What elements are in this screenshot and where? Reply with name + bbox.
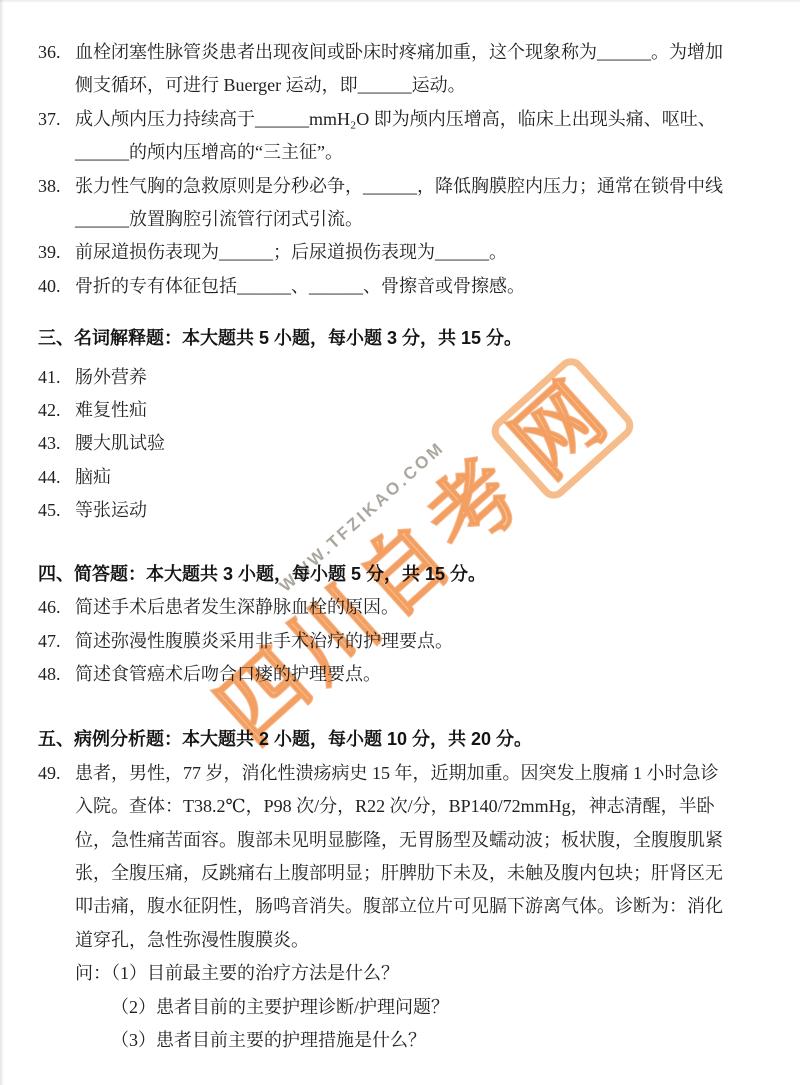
question-39: 39.前尿道损伤表现为______；后尿道损伤表现为______。 (38, 236, 770, 269)
question-text: 张力性气胸的急救原则是分秒必争，______，降低胸膜腔内压力；通常在锁骨中线 (75, 170, 723, 203)
case-text-line: 位，急性痛苦面容。腹部未见明显膨隆，无胃肠型及蠕动波；板状腹，全腹腹肌紧 (75, 824, 723, 857)
question-42: 42.难复性疝 (38, 394, 770, 427)
case-text-line: 患者，男性，77 岁，消化性溃疡病史 15 年，近期加重。因突发上腹痛 1 小时… (75, 757, 719, 790)
sub-question-2: （2）患者目前的主要护理诊断/护理问题？ (111, 991, 770, 1024)
question-47: 47.简述弥漫性腹膜炎采用非手术治疗的护理要点。 (38, 625, 770, 658)
question-text: ______放置胸腔引流管行闭式引流。 (75, 203, 363, 236)
question-number: 46. (38, 591, 75, 624)
question-text: 等张运动 (75, 494, 147, 527)
question-number: 44. (38, 461, 75, 494)
case-text-line: 张，全腹压痛，反跳痛右上腹部明显；肝脾肋下未及，未触及腹内包块；肝肾区无 (75, 857, 723, 890)
question-text: 难复性疝 (75, 394, 147, 427)
question-number: 37. (38, 103, 75, 136)
question-number: 45. (38, 494, 75, 527)
question-number: 48. (38, 658, 75, 691)
question-41: 41.肠外营养 (38, 361, 770, 394)
question-text: 血栓闭塞性脉管炎患者出现夜间或卧床时疼痛加重，这个现象称为______。为增加 (75, 36, 723, 69)
question-49: 49.患者，男性，77 岁，消化性溃疡病史 15 年，近期加重。因突发上腹痛 1… (38, 757, 770, 957)
scan-edge-top (0, 0, 800, 3)
question-48: 48.简述食管癌术后吻合口瘘的护理要点。 (38, 658, 770, 691)
question-45: 45.等张运动 (38, 494, 770, 527)
question-38: 38.张力性气胸的急救原则是分秒必争，______，降低胸膜腔内压力；通常在锁骨… (38, 170, 770, 237)
question-text: 简述弥漫性腹膜炎采用非手术治疗的护理要点。 (75, 625, 453, 658)
section-4-title: 四、简答题：本大题共 3 小题，每小题 5 分，共 15 分。 (38, 558, 770, 591)
question-40: 40.骨折的专有体征包括______、______、骨擦音或骨擦感。 (38, 270, 770, 303)
question-number: 39. (38, 236, 75, 269)
question-text: 腰大肌试验 (75, 427, 165, 460)
exam-paper-page: WWW.TFZIKAO.COM 四川自考网 36.血栓闭塞性脉管炎患者出现夜间或… (0, 0, 800, 1085)
question-text: 肠外营养 (75, 361, 147, 394)
scan-edge-left (0, 0, 4, 1085)
question-46: 46.简述手术后患者发生深静脉血栓的原因。 (38, 591, 770, 624)
question-number: 41. (38, 361, 75, 394)
sub-question-3: （3）患者目前主要的护理措施是什么？ (111, 1024, 770, 1057)
question-37: 37.成人颅内压力持续高于______mmH₂O 即为颅内压增高，临床上出现头痛… (38, 103, 770, 170)
question-text: 前尿道损伤表现为______；后尿道损伤表现为______。 (75, 236, 507, 269)
question-number: 47. (38, 625, 75, 658)
question-number: 38. (38, 170, 75, 203)
question-text: 脑疝 (75, 461, 111, 494)
question-text: 骨折的专有体征包括______、______、骨擦音或骨擦感。 (75, 270, 525, 303)
question-number: 42. (38, 394, 75, 427)
question-number: 40. (38, 270, 75, 303)
exam-content: 36.血栓闭塞性脉管炎患者出现夜间或卧床时疼痛加重，这个现象称为______。为… (0, 0, 800, 1085)
question-text: 简述手术后患者发生深静脉血栓的原因。 (75, 591, 399, 624)
question-36: 36.血栓闭塞性脉管炎患者出现夜间或卧床时疼痛加重，这个现象称为______。为… (38, 36, 770, 103)
question-text: 简述食管癌术后吻合口瘘的护理要点。 (75, 658, 381, 691)
question-43: 43.腰大肌试验 (38, 427, 770, 460)
sub-question-1: 问：（1）目前最主要的治疗方法是什么？ (75, 957, 770, 990)
question-text: 侧支循环，可进行 Buerger 运动，即______运动。 (75, 69, 466, 102)
case-text-line: 叩击痛，腹水征阴性，肠鸣音消失。腹部立位片可见膈下游离气体。诊断为：消化 (75, 890, 723, 923)
case-text-line: 道穿孔，急性弥漫性腹膜炎。 (75, 924, 309, 957)
section-3-title: 三、名词解释题：本大题共 5 小题，每小题 3 分，共 15 分。 (38, 322, 770, 355)
question-text: 成人颅内压力持续高于______mmH₂O 即为颅内压增高，临床上出现头痛、呕吐… (75, 103, 716, 136)
case-text-line: 入院。查体：T38.2℃，P98 次/分，R22 次/分，BP140/72mmH… (75, 790, 715, 823)
question-44: 44.脑疝 (38, 461, 770, 494)
question-number: 36. (38, 36, 75, 69)
question-text: ______的颅内压增高的“三主征”。 (75, 136, 343, 169)
question-number: 43. (38, 427, 75, 460)
section-5-title: 五、病例分析题：本大题共 2 小题，每小题 10 分，共 20 分。 (38, 723, 770, 756)
question-number: 49. (38, 757, 75, 790)
